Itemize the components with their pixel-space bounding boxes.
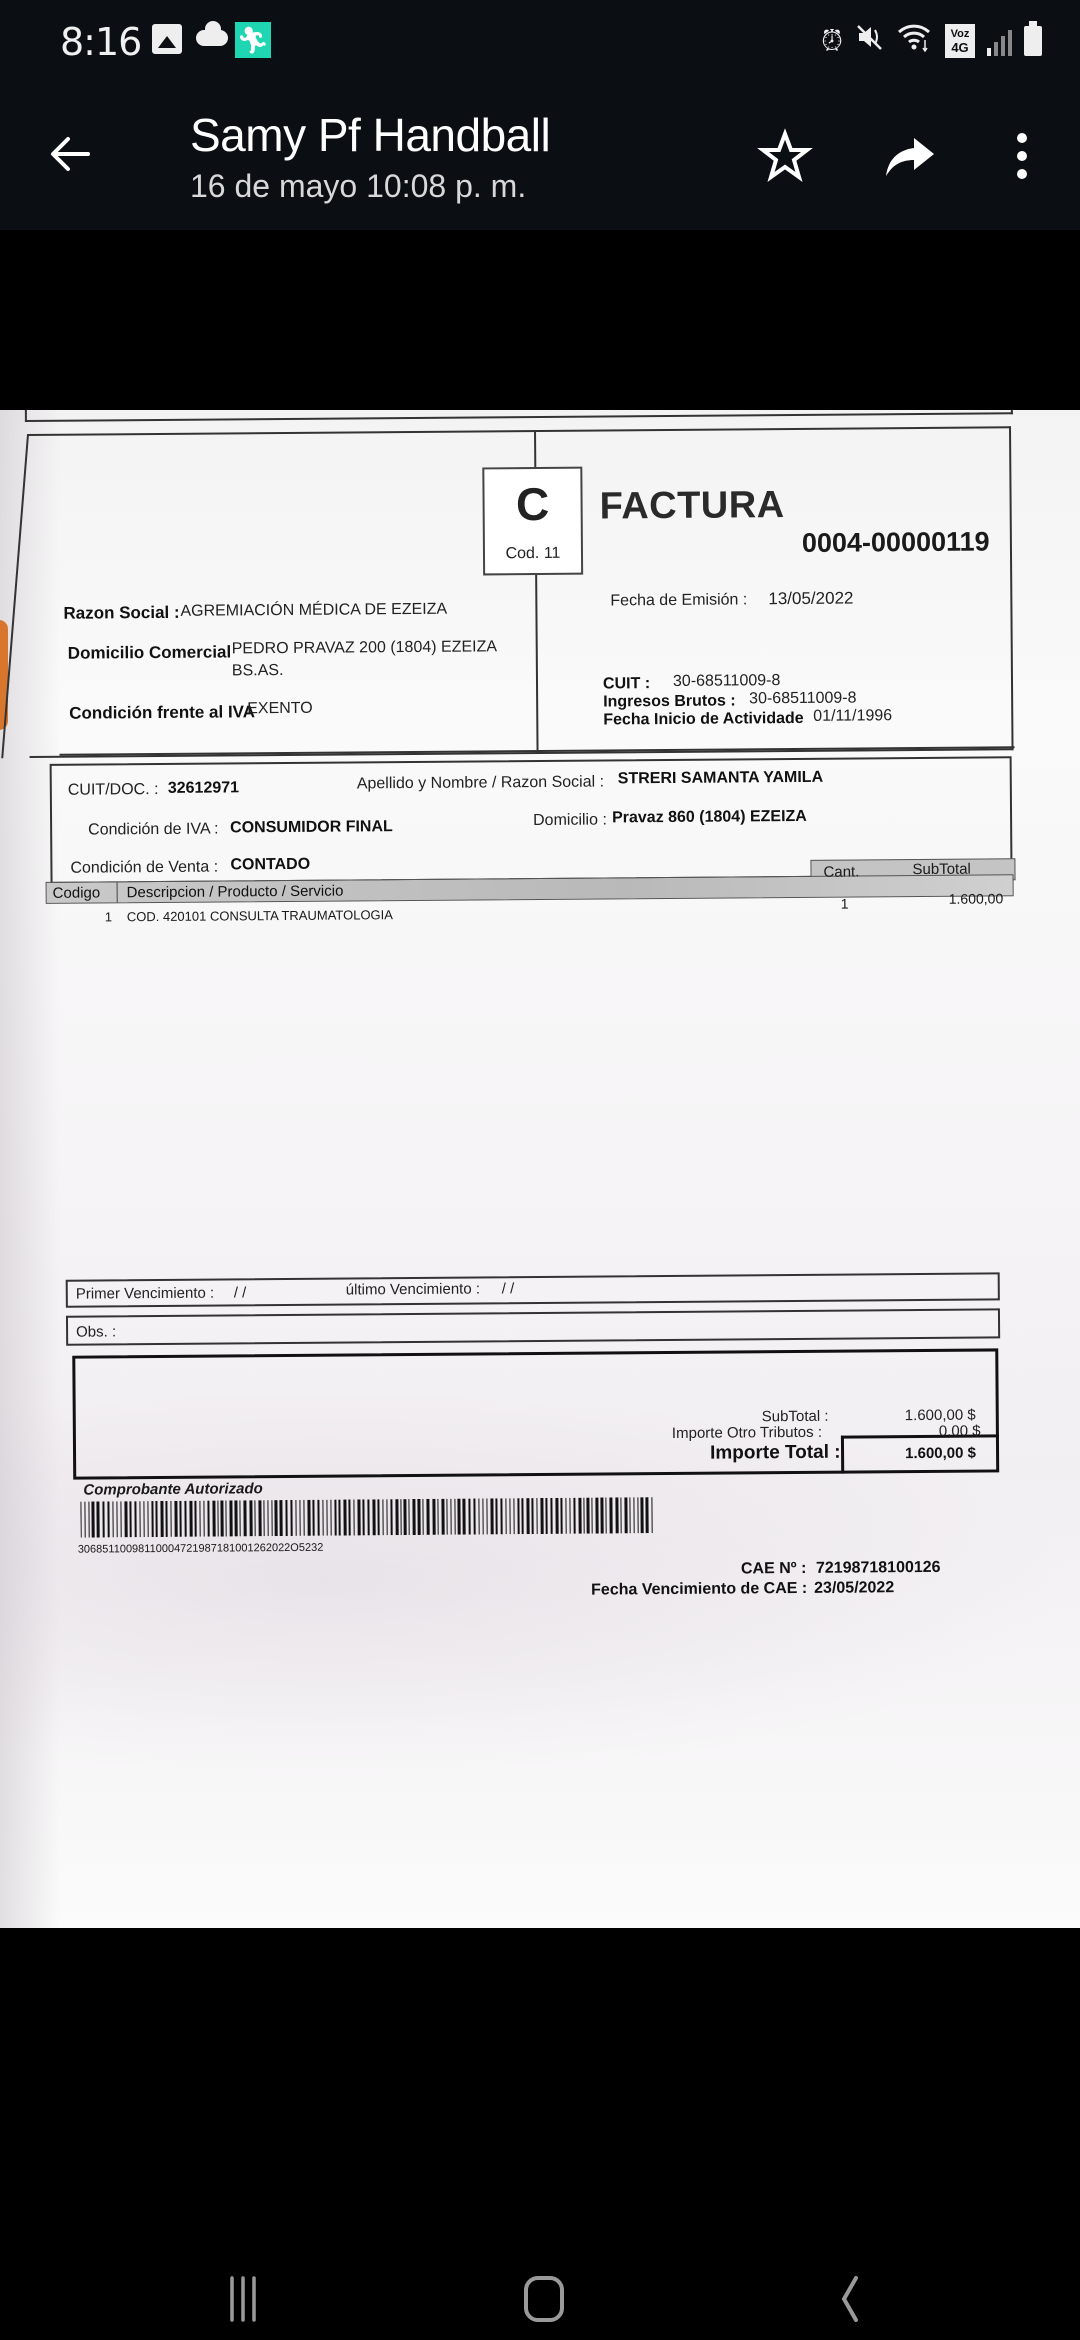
- ingresos-brutos-value: 30-68511009-8: [749, 690, 856, 709]
- razon-social-label: Razon Social :: [63, 603, 179, 624]
- cae-label: CAE Nº :: [741, 1560, 807, 1579]
- invoice-code: Cod. 11: [485, 545, 581, 564]
- client-name-value: STRERI SAMANTA YAMILA: [618, 769, 823, 789]
- star-icon: [755, 126, 815, 186]
- back-nav-icon: [818, 2268, 878, 2328]
- subtotal-label: SubTotal :: [762, 1408, 829, 1426]
- more-options-button[interactable]: [1000, 126, 1044, 186]
- app-bar: Samy Pf Handball 16 de mayo 10:08 p. m.: [0, 80, 1080, 230]
- col-cant: Cant.: [823, 863, 859, 880]
- back-icon: [40, 124, 100, 184]
- invoice-number: 0004-00000119: [802, 526, 990, 558]
- client-domicilio-label: Domicilio :: [533, 811, 607, 830]
- back-button[interactable]: [40, 124, 100, 184]
- ultimo-venc-label: último Vencimiento :: [346, 1280, 480, 1298]
- cae-venc-label: Fecha Vencimiento de CAE :: [591, 1580, 807, 1600]
- forward-button[interactable]: [880, 126, 940, 186]
- otros-tributos-value: 0,00 $: [939, 1423, 981, 1440]
- otros-tributos-label: Importe Otro Tributos :: [672, 1424, 822, 1442]
- chat-title: Samy Pf Handball: [190, 108, 550, 162]
- col-codigo: Codigo: [53, 884, 101, 901]
- back-nav-button[interactable]: [818, 2268, 878, 2328]
- invoice-document: C Cod. 11 FACTURA 0004-00000119 Razon So…: [0, 410, 1080, 1928]
- invoice-letter-box: C Cod. 11: [482, 467, 583, 576]
- item-codigo: 1: [105, 909, 112, 924]
- invoice-type: FACTURA: [599, 484, 784, 528]
- gallery-icon: [152, 24, 182, 54]
- inicio-actividad-label: Fecha Inicio de Actividade: [603, 710, 803, 730]
- domicilio-comercial-value: PEDRO PRAVAZ 200 (1804) EZEIZA: [232, 638, 497, 658]
- client-iva-label: Condición de IVA :: [88, 821, 219, 840]
- home-button[interactable]: [514, 2268, 574, 2328]
- item-cant: 1: [841, 896, 849, 912]
- status-time: 8:16: [60, 20, 141, 64]
- domicilio-comercial-label: Domicilio Comercial: [68, 642, 232, 663]
- condicion-venta-value: CONTADO: [230, 856, 310, 875]
- domicilio-comercial-value-2: BS.AS.: [232, 662, 284, 680]
- condicion-venta-label: Condición de Venta :: [70, 859, 218, 878]
- client-name-label: Apellido y Nombre / Razon Social :: [357, 773, 604, 793]
- cloud-icon: [196, 30, 228, 46]
- fecha-emision-label: Fecha de Emisión :: [610, 591, 747, 610]
- mute-icon: [855, 22, 885, 60]
- obs-box: [66, 1308, 1000, 1345]
- cuit-value: 30-68511009-8: [673, 672, 780, 691]
- col-descripcion: Descripcion / Producto / Servicio: [127, 883, 344, 902]
- condicion-iva-label: Condición frente al IVA: [69, 702, 255, 723]
- invoice-photo[interactable]: C Cod. 11 FACTURA 0004-00000119 Razon So…: [0, 410, 1080, 1928]
- recent-apps-icon: [213, 2268, 273, 2328]
- message-timestamp: 16 de mayo 10:08 p. m.: [190, 168, 526, 205]
- razon-social-value: AGREMIACIÓN MÉDICA DE EZEIZA: [180, 601, 447, 621]
- wifi-icon: [897, 22, 933, 60]
- obs-label: Obs. :: [76, 1323, 116, 1340]
- client-iva-value: CONSUMIDOR FINAL: [230, 818, 393, 837]
- cuit-label: CUIT :: [603, 675, 650, 693]
- item-subtotal: 1.600,00: [949, 890, 1004, 906]
- client-doc-label: CUIT/DOC. :: [68, 781, 159, 800]
- star-button[interactable]: [755, 126, 815, 186]
- cae-value: 72198718100126: [816, 1559, 941, 1578]
- more-icon: [1000, 126, 1044, 186]
- col-subtotal: SubTotal: [912, 861, 971, 878]
- barcode: [80, 1497, 652, 1537]
- volte-4g-icon: Voz4G: [945, 24, 975, 58]
- fecha-emision-value: 13/05/2022: [768, 589, 853, 610]
- alarm-icon: ⏰︎: [821, 24, 843, 58]
- barcode-number: 30685110098110004721987181001262022O5232: [78, 1542, 324, 1556]
- status-bar: 8:16 🏃︎ ⏰︎ Voz4G: [0, 0, 1080, 80]
- client-doc-value: 32612971: [168, 779, 239, 798]
- subtotal-value: 1.600,00 $: [905, 1407, 976, 1425]
- navigation-bar: [0, 1928, 1080, 2340]
- recent-apps-button[interactable]: [213, 2268, 273, 2328]
- inicio-actividad-value: 01/11/1996: [813, 707, 892, 726]
- item-descripcion: COD. 420101 CONSULTA TRAUMATOLOGIA: [127, 907, 393, 924]
- primer-venc-label: Primer Vencimiento :: [76, 1285, 215, 1303]
- client-domicilio-value: Pravaz 860 (1804) EZEIZA: [612, 808, 807, 828]
- share-icon: [880, 126, 940, 186]
- signal-icon: [987, 26, 1012, 56]
- ingresos-brutos-label: Ingresos Brutos :: [603, 692, 736, 711]
- primer-venc-value: / /: [234, 1284, 247, 1301]
- condicion-iva-value: EXENTO: [247, 700, 313, 719]
- total-value: 1.600,00 $: [905, 1445, 976, 1463]
- comprobante-autorizado: Comprobante Autorizado: [83, 1480, 263, 1498]
- fitness-app-icon: 🏃︎: [235, 22, 271, 58]
- battery-icon: [1024, 26, 1042, 56]
- home-icon: [514, 2268, 574, 2328]
- total-label: Importe Total :: [710, 1442, 841, 1465]
- invoice-letter: C: [484, 477, 580, 532]
- cae-venc-value: 23/05/2022: [814, 1579, 894, 1598]
- ultimo-venc-value: / /: [502, 1280, 515, 1297]
